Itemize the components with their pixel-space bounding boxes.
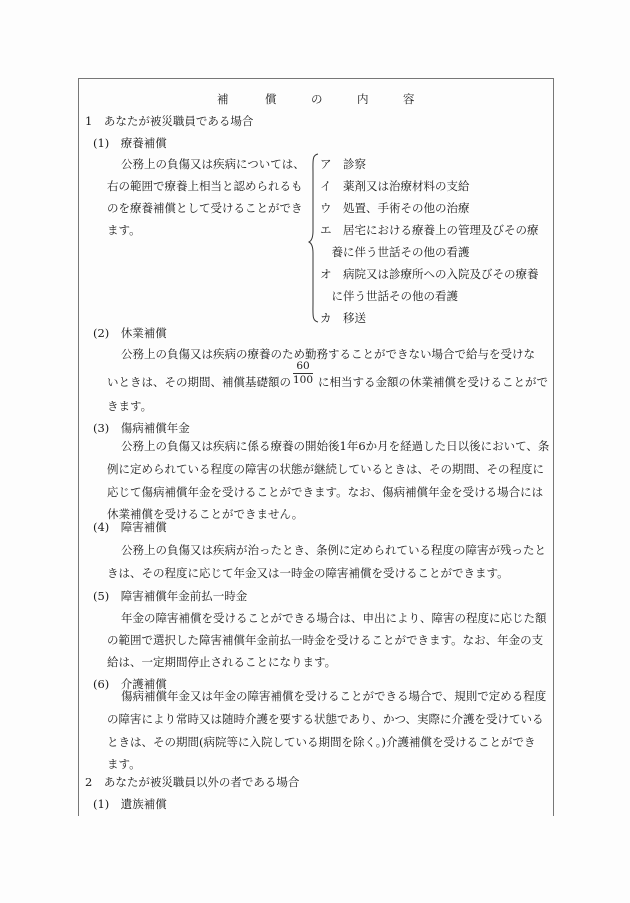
care-list-item: ウ 処置、手術その他の治療: [320, 201, 470, 215]
item-3-heading: (3) 傷病補償年金: [93, 421, 190, 435]
section-2-item-1-heading: (1) 遺族補償: [93, 797, 167, 811]
item-2-heading: (2) 休業補償: [93, 326, 167, 340]
care-list-item: 養に伴う世話その他の看護: [320, 245, 470, 259]
care-list-item: イ 薬剤又は治療材料の支給: [320, 179, 470, 193]
item-5-body-line: 年金の障害補償を受けることができる場合は、申出により、障害の程度に応じた額: [121, 611, 547, 625]
title-char: 償: [265, 91, 277, 107]
title-char: 内: [357, 91, 369, 107]
curly-brace-icon: [308, 153, 320, 323]
item-2-body-line: 公務上の負傷又は疾病の療養のため勤務することができない場合で給与を受けな: [121, 347, 535, 361]
item-1-body-line: のを療養補償として受けることができ: [107, 201, 303, 215]
item-1-body-line: 右の範囲で療養上相当と認められるも: [107, 179, 303, 193]
care-list-item: に伴う世話その他の看護: [320, 289, 458, 303]
item-2-body-line: きます。: [107, 399, 152, 413]
item-4-body-line: 公務上の負傷又は疾病が治ったとき、条例に定められている程度の障害が残ったと: [121, 543, 546, 557]
item-5-heading: (5) 障害補償年金前払一時金: [93, 589, 247, 603]
item-2-body-line: いときは、その期間、補償基礎額の: [107, 375, 291, 389]
item-2-body-line: に相当する金額の休業補償を受けることがで: [318, 375, 548, 389]
item-4-heading: (4) 障害補償: [93, 520, 167, 534]
item-3-body-line: 例に定められている程度の障害の状態が継続しているときは、その期間、その程度に: [107, 462, 544, 476]
item-5-body-line: 給は、一定期間停止されることになります。: [107, 655, 336, 669]
item-6-body-line: ときは、その期間(病院等に入院している期間を除く。)介護補償を受けることができ: [107, 735, 536, 749]
title-char: 補: [217, 91, 229, 107]
item-1-body-line: ます。: [107, 223, 141, 237]
title-char: 容: [403, 91, 415, 107]
item-1-heading: (1) 療養補償: [93, 136, 167, 150]
care-list-item: エ 居宅における療養上の管理及びその療: [320, 223, 539, 237]
item-4-body-line: きは、その程度に応じて年金又は一時金の障害補償を受けることができます。: [107, 566, 509, 580]
item-5-body-line: の範囲で選択した障害補償年金前払一時金を受けることができます。なお、年金の支: [107, 633, 543, 647]
care-list-item: カ 移送: [320, 311, 366, 325]
fraction-60-100: 60 100: [291, 361, 315, 386]
item-3-body-line: 休業補償を受けることができません。: [107, 507, 303, 521]
title-char: の: [311, 91, 323, 107]
care-list-item: ア 診察: [320, 157, 366, 171]
section-2-heading: 2 あなたが被災職員以外の者である場合: [85, 775, 299, 789]
item-6-body-line: の障害により常時又は随時介護を要する状態であり、かつ、実際に介護を受けている: [107, 712, 544, 726]
item-6-body-line: ます。: [107, 757, 141, 771]
item-3-body-line: 公務上の負傷又は疾病に係る療養の開始後1年6か月を経過した日以後において、条: [121, 439, 549, 453]
item-3-body-line: 応じて傷病補償年金を受けることができます。なお、傷病補償年金を受ける場合には: [107, 485, 543, 499]
section-1-heading: 1 あなたが被災職員である場合: [85, 114, 253, 128]
item-6-body-line: 傷病補償年金又は年金の障害補償を受けることができる場合で、規則で定める程度: [121, 689, 546, 703]
item-1-body-line: 公務上の負傷又は疾病については、: [121, 157, 305, 171]
care-list-item: オ 病院又は診療所への入院及びその療養: [320, 267, 539, 281]
